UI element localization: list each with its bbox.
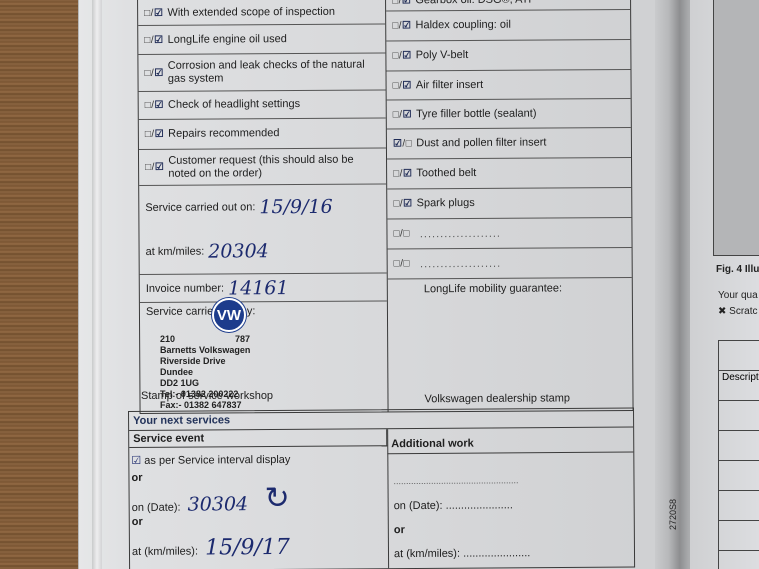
checklist-label: LongLife engine oil used <box>168 33 287 47</box>
mileage-value[interactable]: 20304 <box>208 240 269 262</box>
additional-on-date[interactable]: on (Date): ...................... <box>394 499 513 512</box>
at-km-label: at (km/miles): <box>132 546 198 558</box>
additional-at-km[interactable]: at (km/miles): ...................... <box>394 547 530 560</box>
checkbox-pair[interactable]: □/☑ <box>144 67 163 78</box>
blank-line[interactable]: .................... <box>420 257 501 269</box>
next-date-row: on (Date): 30304 <box>132 493 249 516</box>
dealer-name: Barnetts Volkswagen <box>160 345 250 356</box>
interval-display-label: as per Service interval display <box>144 454 290 467</box>
additional-or-label: or <box>394 524 405 536</box>
checkbox-pair[interactable]: □/☑ <box>145 162 164 173</box>
scratch-label: ✖ Scratc <box>718 306 758 317</box>
checklist-row: □/☑ Poly V-belt <box>386 40 630 71</box>
dealer-postcode: DD2 1UG <box>160 378 250 389</box>
checklist-label: Toothed belt <box>416 167 476 180</box>
checkbox-pair[interactable]: □/☑ <box>393 109 412 120</box>
checkbox-pair[interactable]: □/☑ <box>392 0 411 6</box>
vw-logo-icon: VW <box>212 298 246 332</box>
invoice-value[interactable]: 14161 <box>228 277 289 299</box>
dealer-code: 210 <box>160 334 175 345</box>
checkbox-pair[interactable]: □/☑ <box>393 80 412 91</box>
checklist-label: With extended scope of inspection <box>167 5 335 19</box>
checklist-label: Dust and pollen filter insert <box>416 137 546 151</box>
checklist-row: ☑/□ Dust and pollen filter insert <box>387 128 631 159</box>
longlife-block: LongLife mobility guarantee: Volkswagen … <box>388 278 633 411</box>
description-table: Descript <box>718 340 759 569</box>
checklist-label: Repairs recommended <box>168 127 279 141</box>
checkbox-pair[interactable]: □/☑ <box>144 34 163 45</box>
next-services-title: Your next services <box>129 408 633 431</box>
checklist-label: Corrosion and leak checks of the natural… <box>168 59 368 86</box>
blank-line[interactable]: .................... <box>420 227 501 239</box>
or-label: or <box>131 472 142 484</box>
quality-label: Your qua <box>718 290 758 301</box>
checklist-label: Check of headlight settings <box>168 98 300 112</box>
checklist-row: □/☑ Check of headlight settings <box>139 90 386 120</box>
checkbox-pair[interactable]: □/☑ <box>392 50 411 61</box>
checklist-label: Gearbox oil: DSG®, ATF <box>415 0 535 7</box>
service-event-header: Service event <box>129 429 387 448</box>
checkbox-pair[interactable]: □/☑ <box>393 168 412 179</box>
checklist-label: Air filter insert <box>416 78 483 91</box>
checklist-label: Customer request (this should also be no… <box>168 153 358 180</box>
or-label-2: or <box>132 516 143 528</box>
checkbox-pair[interactable]: □/☑ <box>144 7 163 18</box>
checkbox-pair[interactable]: □/☑ <box>145 100 164 111</box>
on-date-label: on (Date): <box>132 502 181 514</box>
checklist-row: □/☑ Corrosion and leak checks of the nat… <box>138 53 385 92</box>
checklist-label: Poly V-belt <box>416 49 469 62</box>
checkbox-pair[interactable]: □/□ <box>394 258 410 269</box>
page-edge <box>92 0 102 569</box>
checklist-row: □/☑ Customer request (this should also b… <box>139 148 386 186</box>
invoice-label: Invoice number: <box>146 282 224 294</box>
checkbox-pair[interactable]: □/☑ <box>393 198 412 209</box>
checklist-row: □/☑ Toothed belt <box>387 158 631 189</box>
print-code: 2720S8 <box>668 499 678 530</box>
checklist-row: □/☑ With extended scope of inspection <box>138 0 385 26</box>
service-date-block: Service carried out on: 15/9/16 at km/mi… <box>139 184 387 275</box>
on-date-value[interactable]: 30304 <box>188 493 249 515</box>
checkbox-icon[interactable]: ☑ <box>131 455 141 467</box>
description-header: Descript <box>719 371 759 401</box>
dealer-street: Riverside Drive <box>160 356 250 367</box>
checklist-row: □/□ .................... <box>388 248 632 279</box>
additional-work-header: Additional work <box>387 432 633 454</box>
stamp-workshop-label: Stamp of service workshop <box>141 390 273 402</box>
checklist-row: □/□ .................... <box>387 218 631 249</box>
interval-display-option[interactable]: ☑ as per Service interval display <box>131 453 290 467</box>
swap-arrow-icon: ↻ <box>264 481 289 516</box>
checkbox-pair[interactable]: ☑/□ <box>393 138 412 149</box>
right-column: □/☑ Gearbox oil: DSG®, ATF □/☑ Haldex co… <box>386 0 633 411</box>
checklist-row: □/☑ LongLife engine oil used <box>138 24 385 55</box>
figure-illustration <box>713 0 759 256</box>
checklist-row: □/☑ Spark plugs <box>387 188 631 219</box>
checklist-row: □/☑ Air filter insert <box>386 70 630 100</box>
checkbox-pair[interactable]: □/☑ <box>392 20 411 31</box>
service-date-value[interactable]: 15/9/16 <box>259 196 332 218</box>
dealer-city: Dundee <box>160 367 250 378</box>
mileage-label: at km/miles: <box>146 246 205 258</box>
checklist-label: Haldex coupling: oil <box>415 19 510 33</box>
checklist-label: Tyre filler bottle (sealant) <box>416 107 537 121</box>
next-services-form: Your next services Service event Additio… <box>128 407 635 569</box>
additional-work-line[interactable]: ........................................… <box>393 475 518 486</box>
checklist-row: □/☑ Haldex coupling: oil <box>386 10 630 41</box>
checklist-row: □/☑ Tyre filler bottle (sealant) <box>387 99 631 129</box>
service-date-label: Service carried out on: <box>145 201 255 214</box>
checkbox-pair[interactable]: □/□ <box>393 228 409 239</box>
checkbox-pair[interactable]: □/☑ <box>145 129 164 140</box>
dealer-code-2: 787 <box>235 334 250 345</box>
figure-caption: Fig. 4 Illu <box>716 264 759 275</box>
invoice-row: Invoice number: 14161 <box>140 273 387 303</box>
checklist-row: □/☑ Repairs recommended <box>139 118 386 150</box>
dealer-stamp-label: Volkswagen dealership stamp <box>424 392 570 405</box>
next-km-row: at (km/miles): 15/9/17 <box>132 535 290 561</box>
longlife-label: LongLife mobility guarantee: <box>424 282 562 295</box>
at-km-value[interactable]: 15/9/17 <box>205 535 290 561</box>
checklist-label: Spark plugs <box>417 197 475 210</box>
